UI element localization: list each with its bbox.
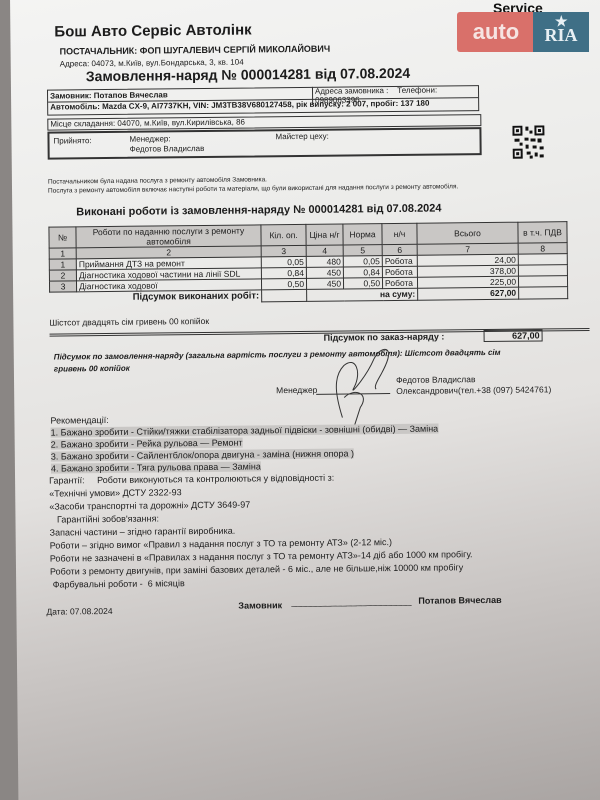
recommendations-title: Рекомендації:: [50, 415, 108, 426]
warranty-line: Роботи не зазначені в «Правилах з наданн…: [50, 549, 473, 563]
document-date: Дата: 07.08.2024: [46, 606, 112, 617]
recommendation-item: 4. Бажано зробити - Тяга рульова права —…: [51, 461, 261, 473]
works-title: Виконані роботи із замовлення-наряду № 0…: [76, 202, 441, 218]
work-order-document: Бош Авто Сервіс Автолінк ПОСТАЧАЛЬНИК: Ф…: [10, 0, 600, 800]
warranty-line: Гарантійні зобов'язання:: [49, 513, 159, 524]
order-total: 627,00: [484, 329, 543, 342]
works-sum: 627,00: [418, 287, 519, 300]
warranty-line: «Засоби транспортні та дорожні» ДСТУ 364…: [49, 500, 250, 512]
order-title: Замовлення-наряд № 000014281 від 07.08.2…: [86, 65, 410, 84]
warranty-line: «Технічні умови» ДСТУ 2322-93: [49, 487, 181, 498]
warranty-line: Фарбувальні роботи - 6 місяців: [50, 578, 185, 589]
warranty-line: Роботи – згідно вимог «Правил з надання …: [50, 537, 392, 551]
recommendation-item: 2. Бажано зробити - Рейка рульова — Ремо…: [51, 438, 243, 450]
summary-line-2: гривень 00 копійок: [54, 364, 130, 374]
warranty-line: Запасні частини – згідно гарантії виробн…: [50, 526, 236, 538]
recommendation-item: 3. Бажано зробити - Сайлентблок/опора дв…: [51, 448, 354, 461]
car-details: Mazda CX-9, AI7737KH, VIN: JM3TB38V68012…: [102, 99, 429, 111]
customer-box: Замовник: Потапов Вячеслав Адреса замовн…: [47, 85, 479, 116]
manager-label: Менеджер: [276, 385, 317, 395]
place: 04070, м.Київ, вул.Кирилівська, 86: [117, 118, 245, 128]
customer-signature-line: ________________________: [291, 596, 411, 607]
signature-icon: [314, 337, 415, 428]
qr-code-icon: [512, 125, 544, 159]
summary-line-1: Підсумок по замовлення-наряду (загальна …: [54, 348, 501, 362]
warranty-row: Гарантії: Роботи виконуються та контролю…: [49, 473, 334, 486]
company-name: Бош Авто Сервіс Автолінк: [54, 21, 251, 40]
manager-contact: Олександрович(тел.+38 (097) 5424761): [396, 384, 551, 396]
sum-in-words: Шістсот двадцять сім гривень 00 копійок: [49, 316, 209, 328]
customer-signature-label: Замовник: [238, 600, 282, 610]
customer-name: Потапов Вячеслав: [94, 90, 168, 100]
works-table: № Роботи по наданню послуги з ремонту ав…: [48, 221, 568, 304]
intro-line-1: Постачальником була надана послуга з рем…: [48, 176, 267, 185]
accepted-box: Прийнято: Менеджер: Федотов Владислав Ма…: [47, 127, 481, 160]
autoria-service-logo: Service auto ★RIA: [455, 0, 595, 58]
intro-line-2: Послуга з ремонту автомобіля включає нас…: [48, 183, 458, 194]
warranty-line: Роботи з ремонту двигунів, при заміні ба…: [50, 562, 463, 576]
recommendation-item: 1. Бажано зробити - Стійки/тяжки стабілі…: [51, 424, 439, 438]
customer-row: Замовник: Потапов Вячеслав: [50, 90, 168, 100]
supplier: ПОСТАЧАЛЬНИК: ФОП ШУГАЛЕВИЧ СЕРГІЙ МИКОЛ…: [60, 44, 331, 57]
customer-signature-name: Потапов Вячеслав: [418, 595, 501, 606]
star-icon: ★: [555, 0, 568, 46]
manager-name: Федотов Владислав: [130, 144, 205, 154]
